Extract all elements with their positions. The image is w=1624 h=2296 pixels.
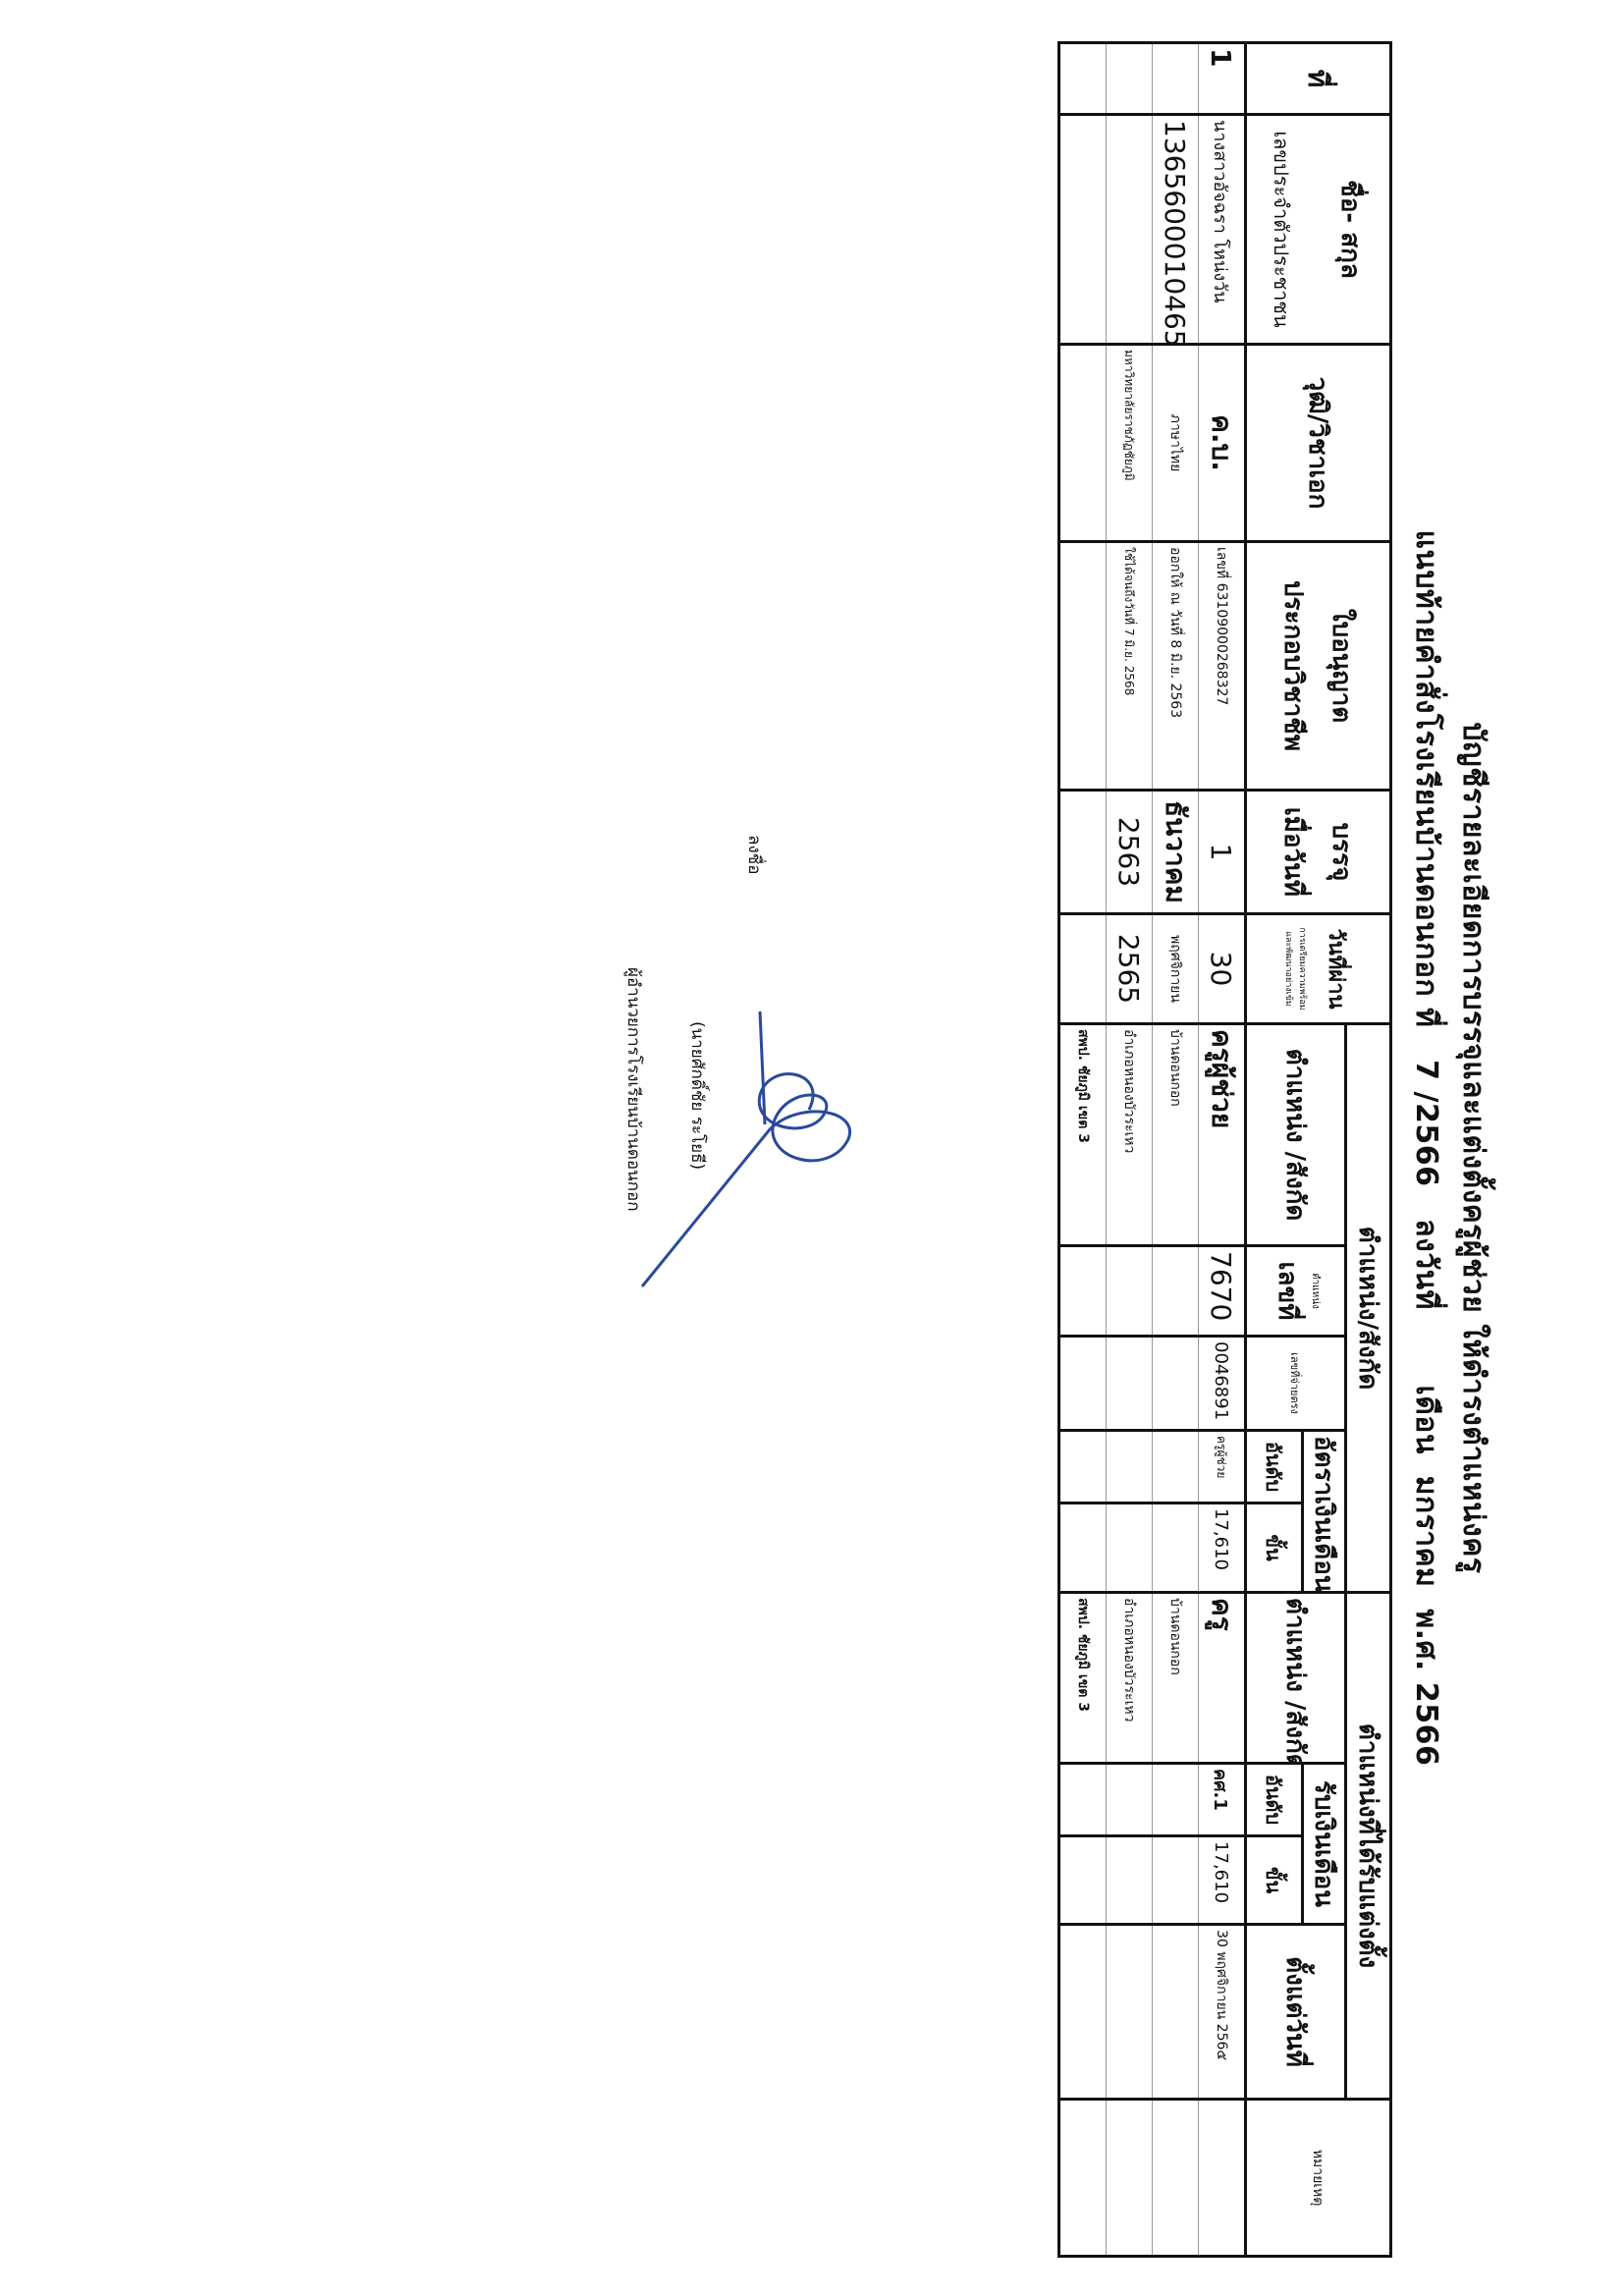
cell-new-district: อำเภอหนองบัวระเหว	[1107, 1593, 1153, 1764]
cell-step: 17,610	[1199, 1503, 1246, 1593]
header-current-position: ตำแหน่ง /สังกัด	[1246, 1024, 1346, 1246]
header-remarks: หมายเหตุ	[1246, 2100, 1391, 2257]
cell-license-no: เลขที่ 63109000268327	[1199, 542, 1246, 791]
cell-appointed-day: 1	[1199, 791, 1246, 914]
cell-appointed-year: 2563	[1107, 791, 1153, 914]
cell-new-office: สพป. ชัยภูมิ เขต 3	[1059, 1593, 1107, 1764]
cell-appointed-month: ธันวาคม	[1153, 791, 1199, 914]
header-no: ที่	[1246, 43, 1391, 115]
header-new-rank: อันดับ	[1246, 1764, 1303, 1836]
table-row: มหาวิทยาลัยราชภัฏชัยภูมิ ใช้ได้จนถึงวันท…	[1107, 43, 1153, 2257]
document-page: บัญชีรายละเอียดการบรรจุและแต่งตั้งครูผู้…	[0, 0, 1624, 2296]
header-license: ใบอนุญาต ประกอบวิชาชีพ	[1246, 542, 1391, 791]
cell-remarks	[1199, 2100, 1246, 2257]
cell-new-step: 17,610	[1199, 1836, 1246, 1925]
header-license-line2: ประกอบวิชาชีพ	[1274, 547, 1315, 785]
signature-scribble	[632, 992, 868, 1306]
header-salary-group: อัตราเงินเดือน	[1303, 1431, 1346, 1593]
header-passed-line1: วันที่ผ่าน	[1320, 919, 1354, 1018]
cell-citizen-id: 1365600010465	[1153, 115, 1199, 345]
signer-name: (นายศักดิ์ชัย ระโยธี)	[684, 1021, 711, 1170]
table-row: สพป. ชัยภูมิ เขต 3 สพป. ชัยภูมิ เขต 3	[1059, 43, 1107, 2257]
header-appointed-line2: เมื่อวันที่	[1274, 795, 1315, 908]
cell-university: มหาวิทยาลัยราชภัฏชัยภูมิ	[1107, 345, 1153, 542]
cell-new-rank: คศ.1	[1199, 1764, 1246, 1836]
header-rank: อันดับ	[1246, 1431, 1303, 1503]
header-step: ขั้น	[1246, 1503, 1303, 1593]
cell-payroll-no: 0046891	[1199, 1337, 1246, 1431]
cell-current-school: บ้านดอนกอก	[1153, 1024, 1199, 1246]
cell-position-no: 7670	[1199, 1246, 1246, 1337]
cell-no: 1	[1199, 43, 1246, 115]
appointment-table: ที่ ชื่อ- สกุล เลขประจำตัวประชาชน วุฒิ/ว…	[1057, 41, 1392, 2258]
cell-passed-year: 2565	[1107, 914, 1153, 1024]
cell-passed-month: พฤศจิกายน	[1153, 914, 1199, 1024]
cell-current-office: สพป. ชัยภูมิ เขต 3	[1059, 1024, 1107, 1246]
cell-new-school: บ้านดอนกอก	[1153, 1593, 1199, 1764]
header-new-group: ตำแหน่งที่ได้รับแต่งตั้ง	[1346, 1593, 1391, 2100]
document-title: บัญชีรายละเอียดการบรรจุและแต่งตั้งครูผู้…	[1450, 0, 1496, 2296]
cell-new-position: ครู	[1199, 1593, 1246, 1764]
header-appointed: บรรจุ เมื่อวันที่	[1246, 791, 1391, 914]
cell-license-valid: ใช้ได้จนถึงวันที่ 7 มิ.ย. 2568	[1107, 542, 1153, 791]
cell-major: ภาษาไทย	[1153, 345, 1199, 542]
header-payroll-no: เลขที่จ่ายตรง	[1246, 1337, 1346, 1431]
header-passed: วันที่ผ่าน การเตรียมความพร้อม และพัฒนาอย…	[1246, 914, 1391, 1024]
signer-position: ผู้อำนวยการโรงเรียนบ้านดอนกอก	[621, 967, 647, 1212]
table-row: 1365600010465 ภาษาไทย ออกให้ ณ วันที่ 8 …	[1153, 43, 1199, 2257]
cell-name: นางสาวอัจฉรา โหน่งวัน	[1199, 115, 1246, 345]
cell-license-issued: ออกให้ ณ วันที่ 8 มิ.ย. 2563	[1153, 542, 1199, 791]
header-license-line1: ใบอนุญาต	[1323, 547, 1363, 785]
header-degree: วุฒิ/วิชาเอก	[1246, 345, 1391, 542]
header-passed-line3: และพัฒนาอย่างเข้ม	[1282, 919, 1296, 1018]
document-subtitle: แนบท้ายคำสั่งโรงเรียนบ้านดอนกอก ที่ 7 /2…	[1403, 0, 1449, 2296]
cell-rank: ครูผู้ช่วย	[1199, 1431, 1246, 1503]
table-row: 1 นางสาวอัจฉรา โหน่งวัน ค.บ. เลขที่ 6310…	[1199, 43, 1246, 2257]
cell-current-district: อำเภอหนองบัวระเหว	[1107, 1024, 1153, 1246]
header-position-no: ตำแหน่ง เลขที่	[1246, 1246, 1346, 1337]
header-current-group: ตำแหน่ง/สังกัด	[1346, 1024, 1391, 1593]
sign-label: ลงชื่อ	[741, 835, 768, 874]
cell-passed-day: 30	[1199, 914, 1246, 1024]
header-appointed-line1: บรรจุ	[1323, 795, 1363, 908]
cell-degree: ค.บ.	[1199, 345, 1246, 542]
header-new-step: ขั้น	[1246, 1836, 1303, 1925]
header-since: ตั้งแต่วันที่	[1246, 1925, 1346, 2100]
header-name-line1: ชื่อ- สกุล	[1330, 120, 1371, 339]
header-new-salary-group: รับเงินเดือน	[1303, 1764, 1346, 1925]
header-new-position: ตำแหน่ง /สังกัด	[1246, 1593, 1346, 1764]
cell-since: 30 พฤศจิกายน 256๕	[1199, 1925, 1246, 2100]
header-position-no-small: ตำแหน่ง	[1309, 1251, 1324, 1331]
header-passed-line2: การเตรียมความพร้อม	[1296, 919, 1310, 1018]
header-position-no-label: เลขที่	[1269, 1251, 1309, 1331]
header-name-line2: เลขประจำตัวประชาชน	[1266, 120, 1297, 339]
cell-current-position: ครูผู้ช่วย	[1199, 1024, 1246, 1246]
header-name: ชื่อ- สกุล เลขประจำตัวประชาชน	[1246, 115, 1391, 345]
